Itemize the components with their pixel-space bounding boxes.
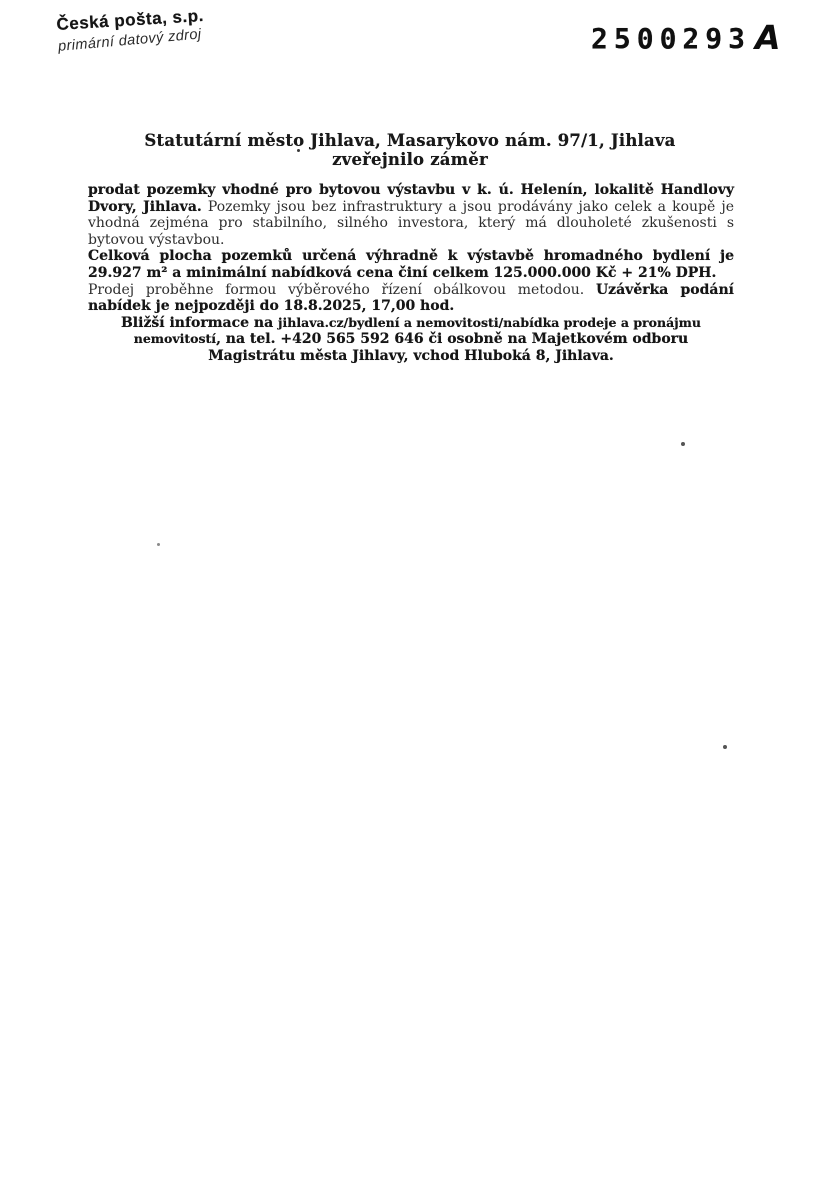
contact-lead-text: Bližší informace na xyxy=(121,315,278,331)
paragraph-contact-info: Bližší informace na jihlava.cz/bydlení a… xyxy=(88,315,734,365)
area-price-text: Celková plocha pozemků určená výhradně k… xyxy=(88,248,734,281)
document-number: 2500293 A xyxy=(591,17,781,56)
title-line-1: Statutární město Jihlava, Masarykovo nám… xyxy=(0,131,820,150)
document-number-digits: 2500293 xyxy=(591,22,751,55)
scan-speck xyxy=(723,745,727,749)
title-line-2: zveřejnilo záměr xyxy=(0,150,820,169)
sender-stamp: Česká pošta, s.p. primární datový zdroj xyxy=(56,6,206,55)
scanned-document-page: Česká pošta, s.p. primární datový zdroj … xyxy=(0,0,820,1178)
paragraph-area-price: Celková plocha pozemků určená výhradně k… xyxy=(88,248,734,281)
scan-speck xyxy=(681,442,685,446)
document-number-suffix: A xyxy=(755,18,781,57)
scan-speck xyxy=(297,149,300,152)
sale-method-text: Prodej proběhne formou výběrového řízení… xyxy=(88,282,596,298)
document-body: prodat pozemky vhodné pro bytovou výstav… xyxy=(88,182,734,365)
contact-tail-text: , na tel. +420 565 592 646 či osobně na … xyxy=(208,331,688,364)
scan-speck xyxy=(690,40,693,43)
paragraph-sale-process: Prodej proběhne formou výběrového řízení… xyxy=(88,282,734,315)
paragraph-offer-description: prodat pozemky vhodné pro bytovou výstav… xyxy=(88,182,734,248)
document-title: Statutární město Jihlava, Masarykovo nám… xyxy=(0,131,820,169)
scan-speck xyxy=(157,543,160,546)
